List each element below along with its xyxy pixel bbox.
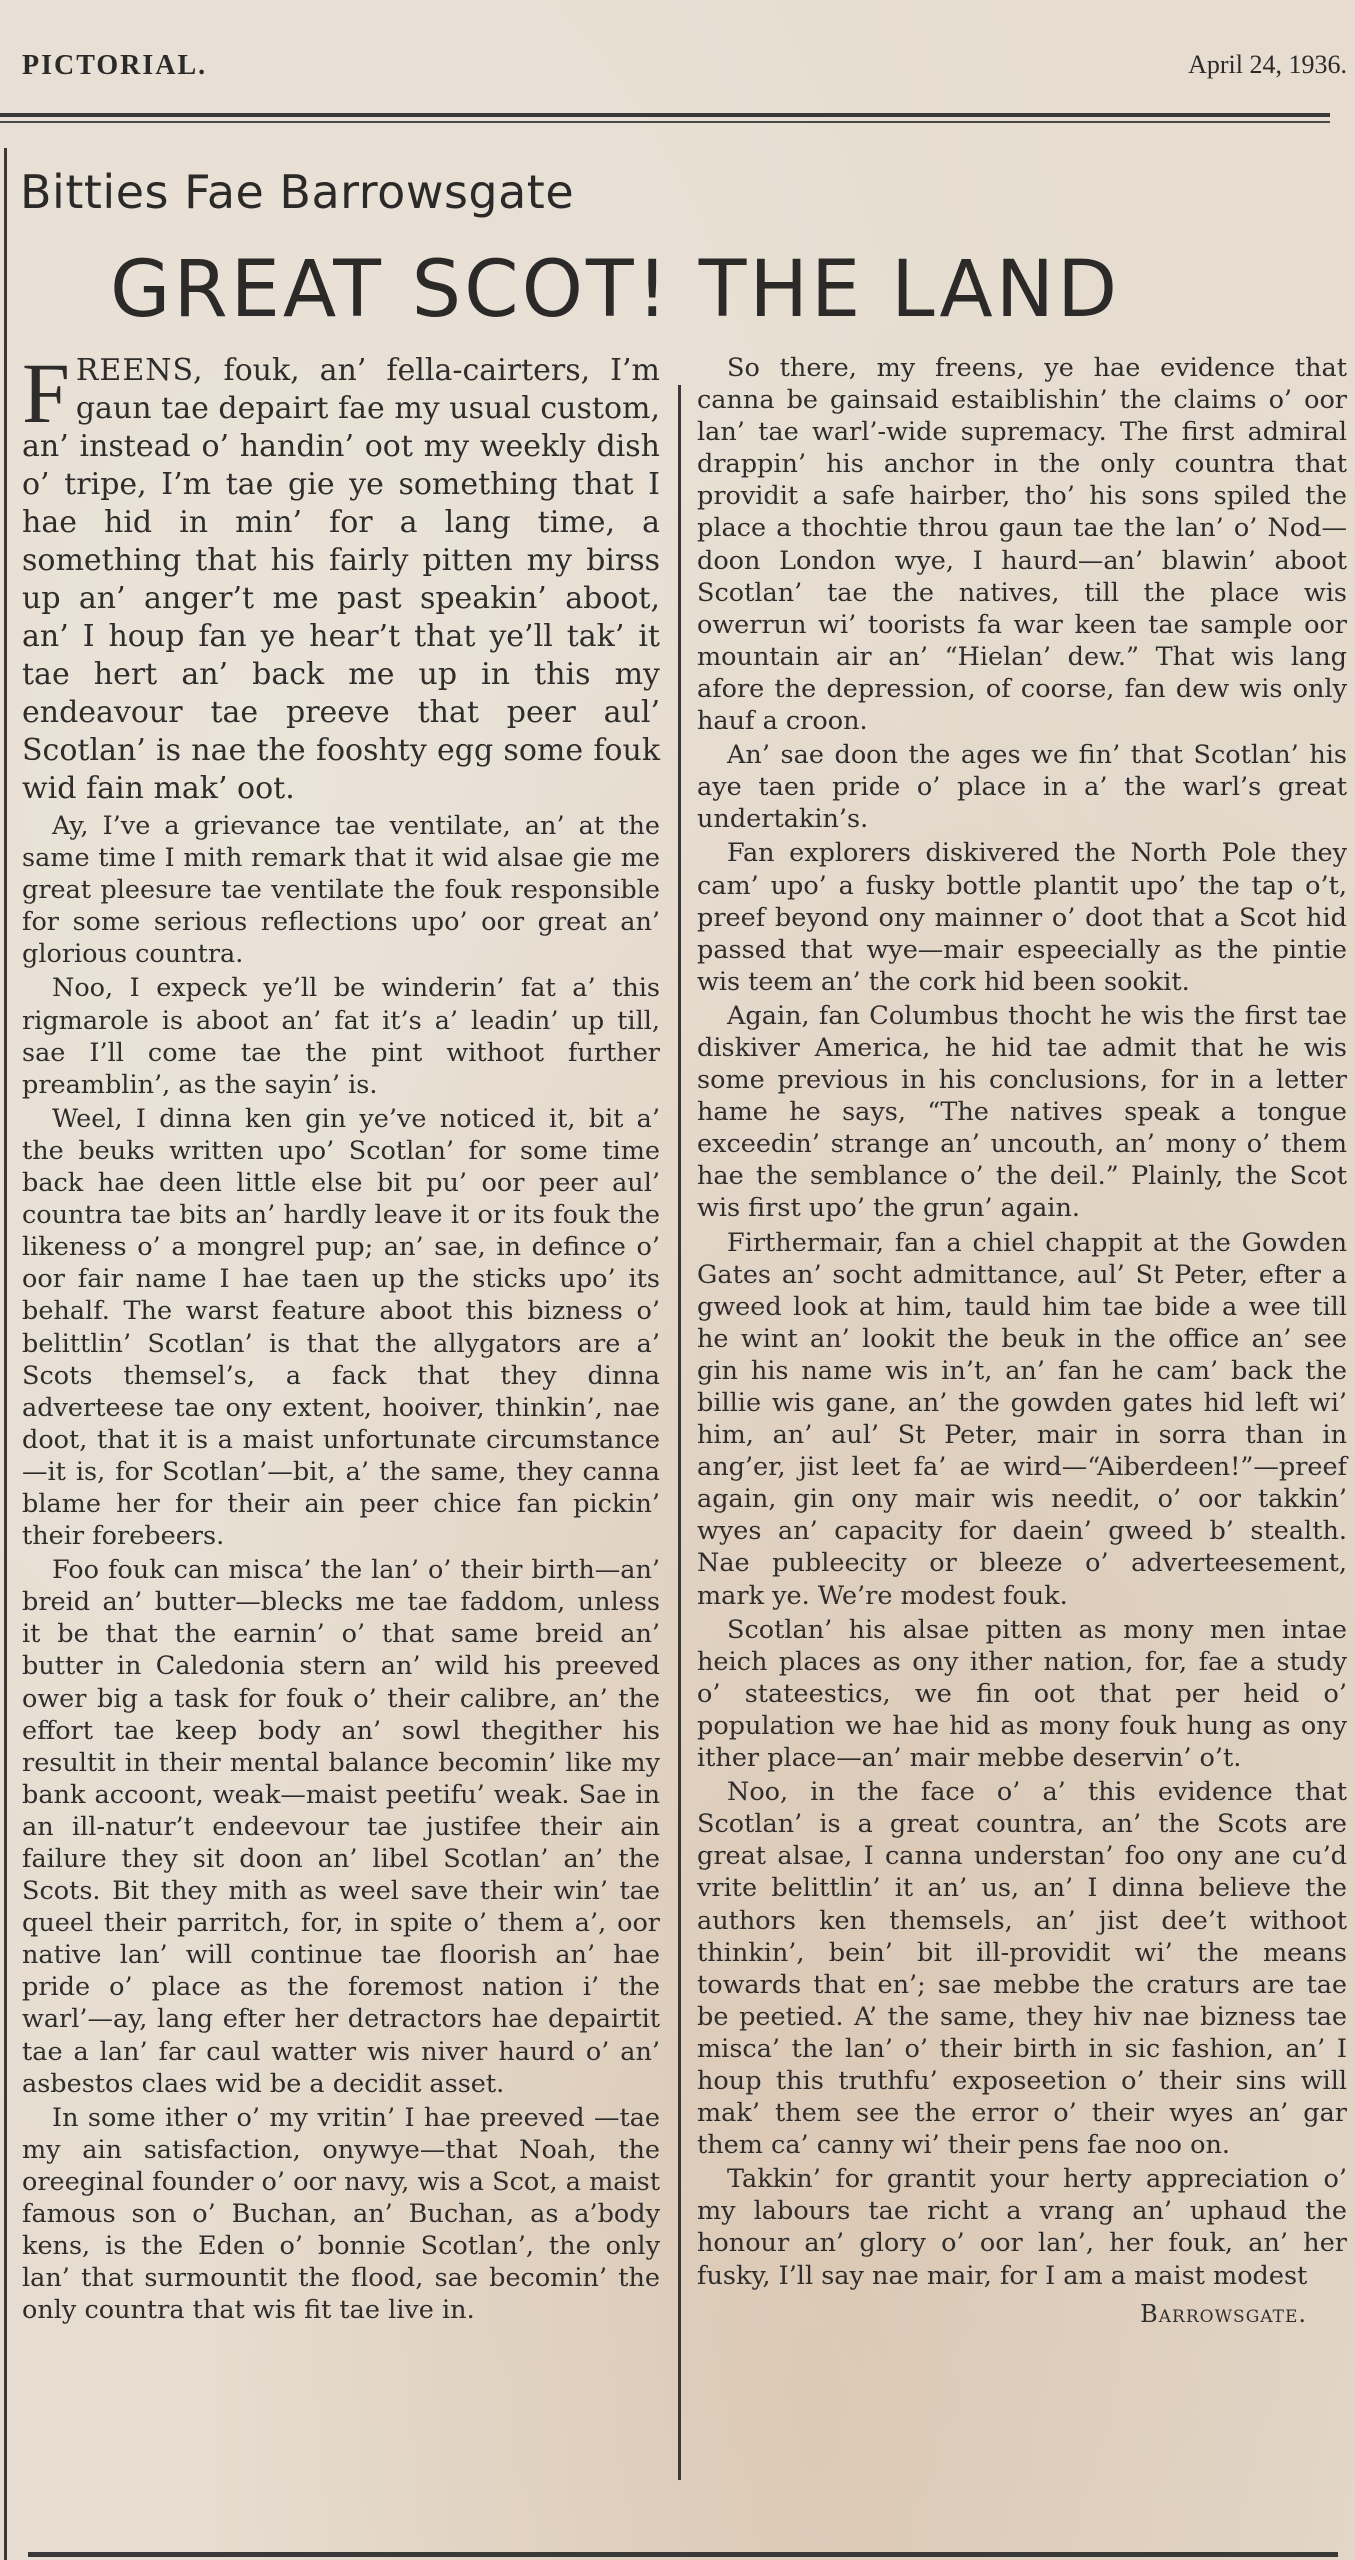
paragraph: Fan explorers diskivered the North Pole … xyxy=(697,837,1347,997)
paragraph: Noo, I expeck ye’ll be winderin’ fat a’ … xyxy=(22,972,660,1100)
author-signature: Barrowsgate. xyxy=(697,2298,1347,2330)
issue-date: April 24, 1936. xyxy=(1188,50,1347,80)
lead-text: fouk, an’ fella-cairters, I’m gaun tae d… xyxy=(22,353,660,806)
publication-name: PICTORIAL. xyxy=(22,50,207,82)
paragraph: Foo fouk can misca’ the lan’ o’ their bi… xyxy=(22,1554,660,2100)
article-border-left xyxy=(4,148,7,2560)
article-end-rule xyxy=(28,2552,1338,2557)
article-column-right: So there, my freens, ye hae evidence tha… xyxy=(697,352,1347,2330)
column-kicker: Bitties Fae Barrowsgate xyxy=(20,165,574,219)
paragraph: Takkin’ for grantit your herty appreciat… xyxy=(697,2163,1347,2291)
paragraph: So there, my freens, ye hae evidence tha… xyxy=(697,352,1347,737)
article-column-left: FREENS, fouk, an’ fella-cairters, I’m ga… xyxy=(22,352,660,2326)
drop-cap: F xyxy=(22,358,70,428)
paragraph: An’ sae doon the ages we fin’ that Scotl… xyxy=(697,739,1347,835)
masthead-rule-thin xyxy=(0,121,1330,123)
column-divider xyxy=(678,385,681,2480)
paragraph: Again, fan Columbus thocht he wis the fi… xyxy=(697,1000,1347,1225)
paragraph: Ay, I’ve a grievance tae ventilate, an’ … xyxy=(22,810,660,970)
lead-paragraph: FREENS, fouk, an’ fella-cairters, I’m ga… xyxy=(22,352,660,808)
masthead-rule xyxy=(0,113,1330,117)
lead-caps: REENS, xyxy=(76,353,204,388)
masthead: PICTORIAL. April 24, 1936. xyxy=(22,50,1347,90)
paragraph: Weel, I dinna ken gin ye’ve noticed it, … xyxy=(22,1103,660,1552)
article-headline: GREAT SCOT! THE LAND xyxy=(110,245,1120,335)
paragraph: In some ither o’ my vritin’ I hae preeve… xyxy=(22,2102,660,2327)
paragraph: Firthermair, fan a chiel chappit at the … xyxy=(697,1227,1347,1612)
paragraph: Noo, in the face o’ a’ this evidence tha… xyxy=(697,1776,1347,2161)
paragraph: Scotlan’ his alsae pitten as mony men in… xyxy=(697,1614,1347,1774)
